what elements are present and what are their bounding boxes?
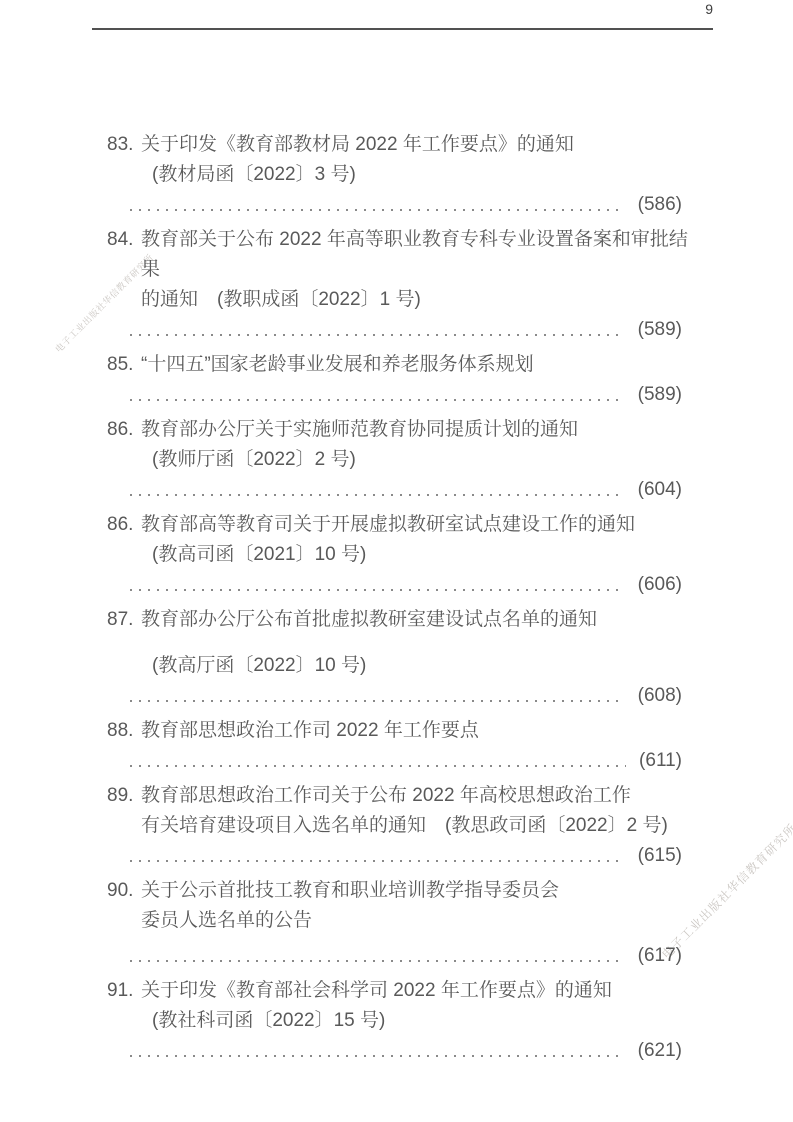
toc-entry-dots-line: (606) — [130, 570, 706, 600]
toc-entry-line: 教育部办公厅公布首批虚拟教研室建设试点名单的通知 — [141, 605, 706, 635]
toc-entry-dots-line: (617) — [130, 941, 706, 971]
toc-entry-page-number: (604) — [638, 479, 682, 501]
toc-entry: 88. 教育部思想政治工作司 2022 年工作要点 (611) — [107, 716, 706, 776]
toc-entry-line: 委员人选名单的公告 — [141, 906, 706, 936]
toc-entry-line: (教社科司函〔2022〕15 号) — [141, 1006, 706, 1036]
toc-entry-line: 教育部办公厅关于实施师范教育协同提质计划的通知 — [141, 415, 706, 445]
toc-entry-page-number: (589) — [638, 319, 682, 341]
toc-entry-body: 关于公示首批技工教育和职业培训教学指导委员会委员人选名单的公告 (617) — [141, 876, 706, 971]
toc-entry-line: 的通知 (教职成函〔2022〕1 号) — [141, 285, 706, 315]
toc-entry-body: 教育部思想政治工作司关于公布 2022 年高校思想政治工作有关培育建设项目入选名… — [141, 781, 706, 871]
toc-entry-line: (教高司函〔2021〕10 号) — [141, 540, 706, 570]
dotted-leader — [130, 1055, 625, 1057]
toc-entry-page-number: (611) — [639, 750, 682, 772]
toc-entry-page-number: (589) — [638, 384, 682, 406]
dotted-leader — [130, 765, 626, 767]
toc-entry: 86. 教育部高等教育司关于开展虚拟教研室试点建设工作的通知(教高司函〔2021… — [107, 510, 706, 600]
toc-entry-body: 教育部思想政治工作司 2022 年工作要点 (611) — [141, 716, 706, 776]
toc-entry-body: “十四五”国家老龄事业发展和养老服务体系规划 (589) — [141, 350, 706, 410]
dotted-leader — [130, 860, 625, 862]
toc-entry-body: 教育部关于公布 2022 年高等职业教育专科专业设置备案和审批结果的通知 (教职… — [141, 225, 706, 345]
toc-list: 83. 关于印发《教育部教材局 2022 年工作要点》的通知(教材局函〔2022… — [107, 130, 706, 1071]
document-page: 9 电子工业出版社华信教育研究所 电子工业出版社华信教育研究所 83. 关于印发… — [0, 0, 793, 1122]
toc-entry-page-number: (608) — [638, 685, 682, 707]
dotted-leader — [130, 700, 625, 702]
toc-entry-dots-line: (586) — [130, 190, 706, 220]
toc-entry-dots-line: (589) — [130, 380, 706, 410]
toc-entry-page-number: (617) — [638, 945, 682, 967]
toc-entry-line: 教育部思想政治工作司 2022 年工作要点 — [141, 716, 706, 746]
dotted-leader — [130, 494, 625, 496]
toc-entry-page-number: (606) — [638, 574, 682, 596]
toc-entry-line: (教师厅函〔2022〕2 号) — [141, 445, 706, 475]
toc-entry: 90. 关于公示首批技工教育和职业培训教学指导委员会委员人选名单的公告 (617… — [107, 876, 706, 971]
header-rule — [92, 28, 713, 30]
toc-entry-line: 关于印发《教育部教材局 2022 年工作要点》的通知 — [141, 130, 706, 160]
toc-entry: 87. 教育部办公厅公布首批虚拟教研室建设试点名单的通知(教高厅函〔2022〕1… — [107, 605, 706, 711]
toc-entry: 84. 教育部关于公布 2022 年高等职业教育专科专业设置备案和审批结果的通知… — [107, 225, 706, 345]
toc-entry-line: (教高厅函〔2022〕10 号) — [141, 651, 706, 681]
toc-entry-line: 有关培育建设项目入选名单的通知 (教思政司函〔2022〕2 号) — [141, 811, 706, 841]
toc-entry-dots-line: (589) — [130, 315, 706, 345]
toc-entry-line: 关于公示首批技工教育和职业培训教学指导委员会 — [141, 876, 706, 906]
toc-entry-line: “十四五”国家老龄事业发展和养老服务体系规划 — [141, 350, 706, 380]
toc-entry-line: 教育部思想政治工作司关于公布 2022 年高校思想政治工作 — [141, 781, 706, 811]
toc-entry-line: 教育部高等教育司关于开展虚拟教研室试点建设工作的通知 — [141, 510, 706, 540]
dotted-leader — [130, 399, 625, 401]
toc-entry-body: 关于印发《教育部社会科学司 2022 年工作要点》的通知(教社科司函〔2022〕… — [141, 976, 706, 1066]
toc-entry: 83. 关于印发《教育部教材局 2022 年工作要点》的通知(教材局函〔2022… — [107, 130, 706, 220]
toc-entry-body: 关于印发《教育部教材局 2022 年工作要点》的通知(教材局函〔2022〕3 号… — [141, 130, 706, 220]
toc-entry-dots-line: (615) — [130, 841, 706, 871]
dotted-leader — [130, 589, 625, 591]
toc-entry-body: 教育部办公厅关于实施师范教育协同提质计划的通知(教师厅函〔2022〕2 号) (… — [141, 415, 706, 505]
toc-entry-page-number: (621) — [638, 1040, 682, 1062]
dotted-leader — [130, 960, 625, 962]
toc-entry-dots-line: (611) — [130, 746, 706, 776]
toc-entry: 85. “十四五”国家老龄事业发展和养老服务体系规划 (589) — [107, 350, 706, 410]
toc-entry-page-number: (586) — [638, 194, 682, 216]
toc-entry-dots-line: (621) — [130, 1036, 706, 1066]
toc-entry: 89. 教育部思想政治工作司关于公布 2022 年高校思想政治工作有关培育建设项… — [107, 781, 706, 871]
toc-entry: 86. 教育部办公厅关于实施师范教育协同提质计划的通知(教师厅函〔2022〕2 … — [107, 415, 706, 505]
toc-entry-line: 关于印发《教育部社会科学司 2022 年工作要点》的通知 — [141, 976, 706, 1006]
toc-entry-page-number: (615) — [638, 845, 682, 867]
toc-entry-dots-line: (608) — [130, 681, 706, 711]
toc-entry-dots-line: (604) — [130, 475, 706, 505]
page-number: 9 — [705, 1, 713, 17]
toc-entry: 91. 关于印发《教育部社会科学司 2022 年工作要点》的通知(教社科司函〔2… — [107, 976, 706, 1066]
toc-entry-line: (教材局函〔2022〕3 号) — [141, 160, 706, 190]
dotted-leader — [130, 334, 625, 336]
toc-entry-line: 教育部关于公布 2022 年高等职业教育专科专业设置备案和审批结果 — [141, 225, 706, 285]
toc-entry-body: 教育部高等教育司关于开展虚拟教研室试点建设工作的通知(教高司函〔2021〕10 … — [141, 510, 706, 600]
toc-entry-body: 教育部办公厅公布首批虚拟教研室建设试点名单的通知(教高厅函〔2022〕10 号)… — [141, 605, 706, 711]
dotted-leader — [130, 209, 625, 211]
